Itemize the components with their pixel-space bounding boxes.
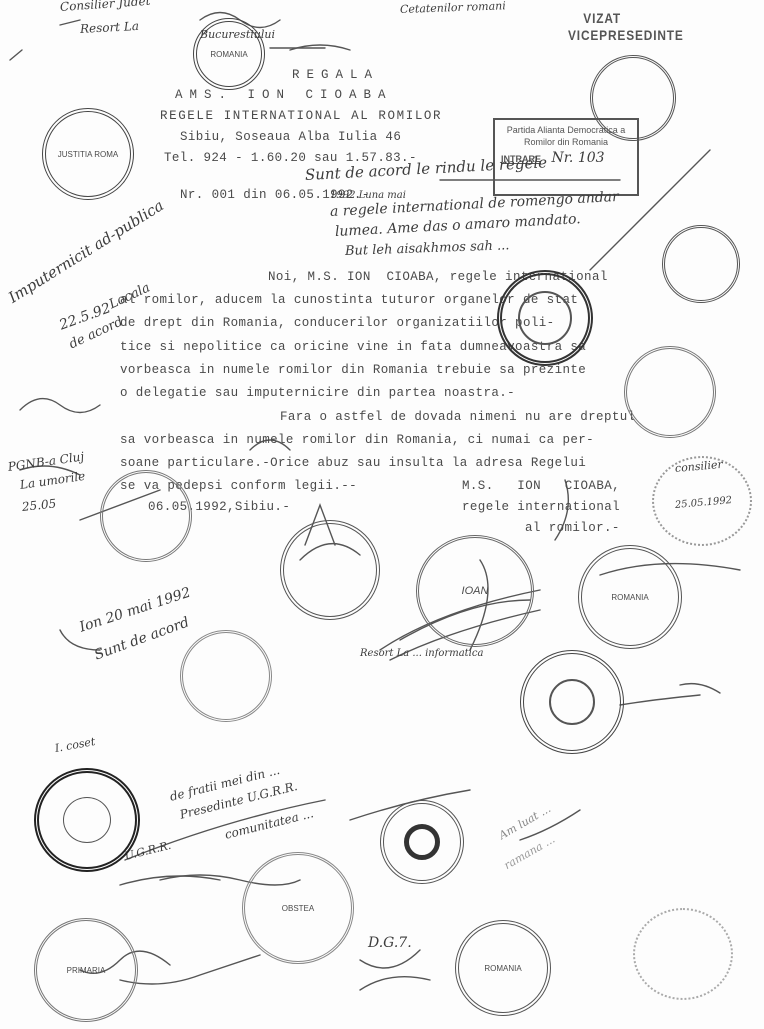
round-stamp: PRIMARIA: [34, 918, 138, 1022]
scanned-document-page: Consilier Judet Resort La Cetatenilor ro…: [0, 0, 764, 1029]
round-stamp: ROMANIA: [455, 920, 551, 1016]
vizat-line2: VICEPRESEDINTE: [568, 27, 684, 44]
round-stamp: [590, 55, 676, 141]
round-stamp: [624, 346, 716, 438]
vizat-line1: VIZAT: [568, 10, 684, 27]
stamp-text: PRIMARIA: [67, 966, 106, 975]
stamp-text: ROMANIA: [210, 50, 247, 59]
round-stamp: [180, 630, 272, 722]
stamp-text: IOAN: [462, 587, 489, 596]
round-stamp: [662, 225, 740, 303]
stamp-text: JUSTITIA ROMA: [58, 150, 118, 159]
round-stamp: [633, 908, 733, 1000]
footer-signature-title: regele international: [462, 500, 620, 514]
body-line: o delegatie sau imputernicire din partea…: [120, 386, 515, 400]
round-stamp: ROMANIA: [193, 18, 265, 90]
body-line: Fara o astfel de dovada nimeni nu are dr…: [280, 410, 636, 424]
header-line-3: REGELE INTERNATIONAL AL ROMILOR: [160, 109, 442, 123]
body-line: vorbeasca in numele romilor din Romania …: [120, 363, 586, 377]
body-line: de drept din Romania, conducerilor organ…: [120, 316, 555, 330]
round-stamp: [100, 470, 192, 562]
stamp-text: ROMANIA: [611, 593, 648, 602]
registration-number: Nr. 103: [552, 150, 605, 166]
stamp-text: ROMANIA: [484, 964, 521, 973]
registration-line2: Romilor din Romania: [501, 136, 631, 148]
round-stamp: [520, 650, 624, 754]
round-stamp: [652, 456, 752, 546]
round-stamp: ROMANIA: [578, 545, 682, 649]
footer-signature-title: al romilor.-: [525, 521, 620, 535]
round-stamp: OBSTEA: [242, 852, 354, 964]
header-line-4: Sibiu, Soseaua Alba Iulia 46: [180, 130, 401, 144]
header-line-1: REGALA: [292, 68, 379, 82]
round-stamp: JUSTITIA ROMA: [42, 108, 134, 200]
round-stamp: [34, 768, 140, 872]
header-line-2: AMS. ION CIOABA: [175, 88, 393, 102]
footer-signature-name: M.S. ION CIOABA,: [462, 479, 620, 493]
handwritten-date: 1992 Luna mai: [330, 190, 406, 201]
body-line: soane particulare.-Orice abuz sau insult…: [120, 456, 586, 470]
handwritten-note: Resort La ... informatica: [360, 648, 483, 659]
round-stamp: [380, 800, 464, 884]
handwritten-note: D.G.7.: [368, 935, 412, 951]
round-stamp: [497, 270, 593, 366]
round-stamp: [280, 520, 380, 620]
vizat-stamp: VIZAT VICEPRESEDINTE: [568, 10, 684, 44]
stamp-text: OBSTEA: [282, 904, 314, 913]
round-stamp: IOAN: [416, 535, 534, 647]
body-line: sa vorbeasca in numele romilor din Roman…: [120, 433, 594, 447]
